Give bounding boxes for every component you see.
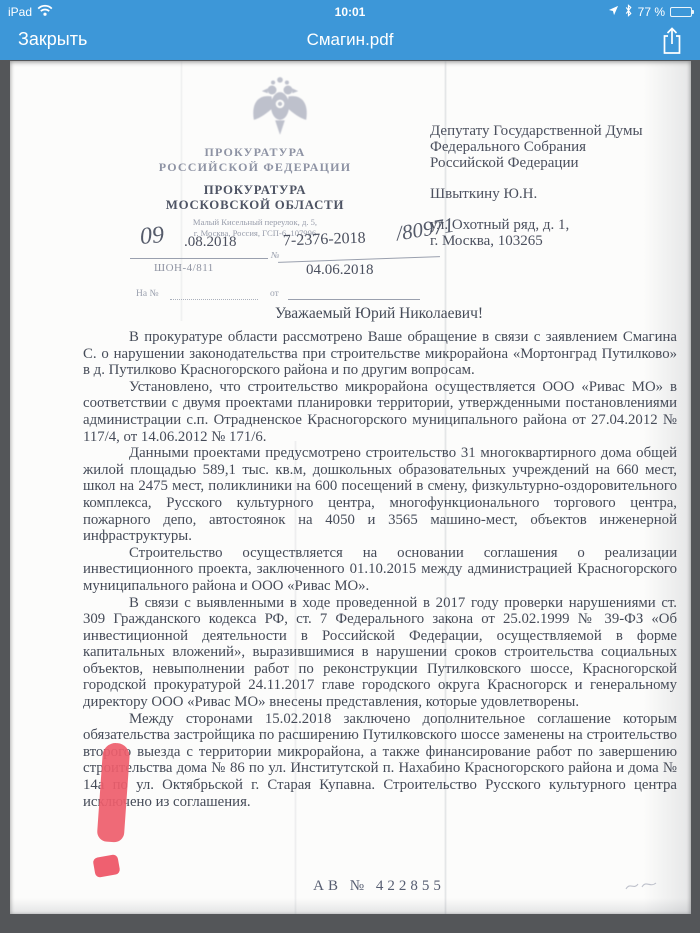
org-regional-line2: МОСКОВСКОЙ ОБЛАСТИ [115, 198, 395, 213]
handwritten-day: 09 [139, 222, 165, 251]
solid-line [288, 299, 420, 300]
share-icon[interactable] [660, 26, 684, 56]
dotted-line [170, 299, 258, 300]
number-sign: № [271, 250, 280, 260]
battery-icon [670, 7, 692, 17]
red-marker-exclamation-stroke [97, 742, 131, 843]
org-regional-line1: ПРОКУРАТУРА [115, 183, 395, 198]
red-marker-exclamation-dot [92, 854, 120, 878]
incoming-date: 04.06.2018 [306, 262, 374, 279]
paragraph: Между сторонами 15.02.2018 заключено доп… [83, 711, 677, 811]
paragraph: В прокуратуре области рассмотрено Ваше о… [83, 329, 677, 379]
scan-shadow [10, 898, 691, 914]
paragraph: Строительство осуществляется на основани… [83, 545, 677, 595]
document-title: Смагин.pdf [0, 30, 700, 50]
na-no-label: На № [136, 289, 159, 299]
addressee-line3: Российской Федерации [430, 155, 685, 171]
russia-coat-of-arms-icon [248, 73, 312, 139]
pdf-scroll-area[interactable]: ПРОКУРАТУРА РОССИЙСКОЙ ФЕДЕРАЦИИ ПРОКУРА… [0, 60, 700, 933]
ot-label: от [270, 289, 279, 299]
paragraph: Установлено, что строительство микрорайо… [83, 379, 677, 445]
scanned-page: ПРОКУРАТУРА РОССИЙСКОЙ ФЕДЕРАЦИИ ПРОКУРА… [10, 61, 691, 914]
top-bars: iPad 10:01 77 % [0, 0, 700, 60]
addressee-line2: Федерального Собрания [430, 139, 685, 155]
clock: 10:01 [0, 5, 700, 19]
outgoing-number: 7-2376-2018 [283, 230, 366, 251]
addressee-line1: Депутату Государственной Думы [430, 123, 685, 139]
pencil-squiggle [625, 879, 659, 898]
reference-underline [130, 258, 268, 259]
paragraph: Данными проектами предусмотрено строител… [83, 445, 677, 545]
pdf-viewer-app: iPad 10:01 77 % [0, 0, 700, 933]
addressee-name: Швыткину Ю.Н. [430, 186, 685, 202]
addressee-address-line2: г. Москва, 103265 [430, 233, 685, 249]
addressee-block: Депутату Государственной Думы Федерально… [430, 123, 685, 249]
navigation-bar: Закрыть Смагин.pdf [0, 23, 700, 60]
salutation: Уважаемый Юрий Николаевич! [83, 305, 675, 323]
org-federal-line1: ПРОКУРАТУРА [115, 145, 395, 160]
org-federal-line2: РОССИЙСКОЙ ФЕДЕРАЦИИ [115, 160, 395, 175]
blank-form-number: АВ № 422855 [83, 878, 675, 895]
paragraph: В связи с выявленными в ходе проведенной… [83, 595, 677, 711]
addressee-address-line1: ул. Охотный ряд, д. 1, [430, 217, 685, 233]
letter-body: В прокуратуре области рассмотрено Ваше о… [83, 329, 677, 810]
status-bar: iPad 10:01 77 % [0, 0, 700, 23]
typed-date: .08.2018 [184, 234, 237, 251]
index-code: ШОН-4/811 [154, 262, 214, 274]
